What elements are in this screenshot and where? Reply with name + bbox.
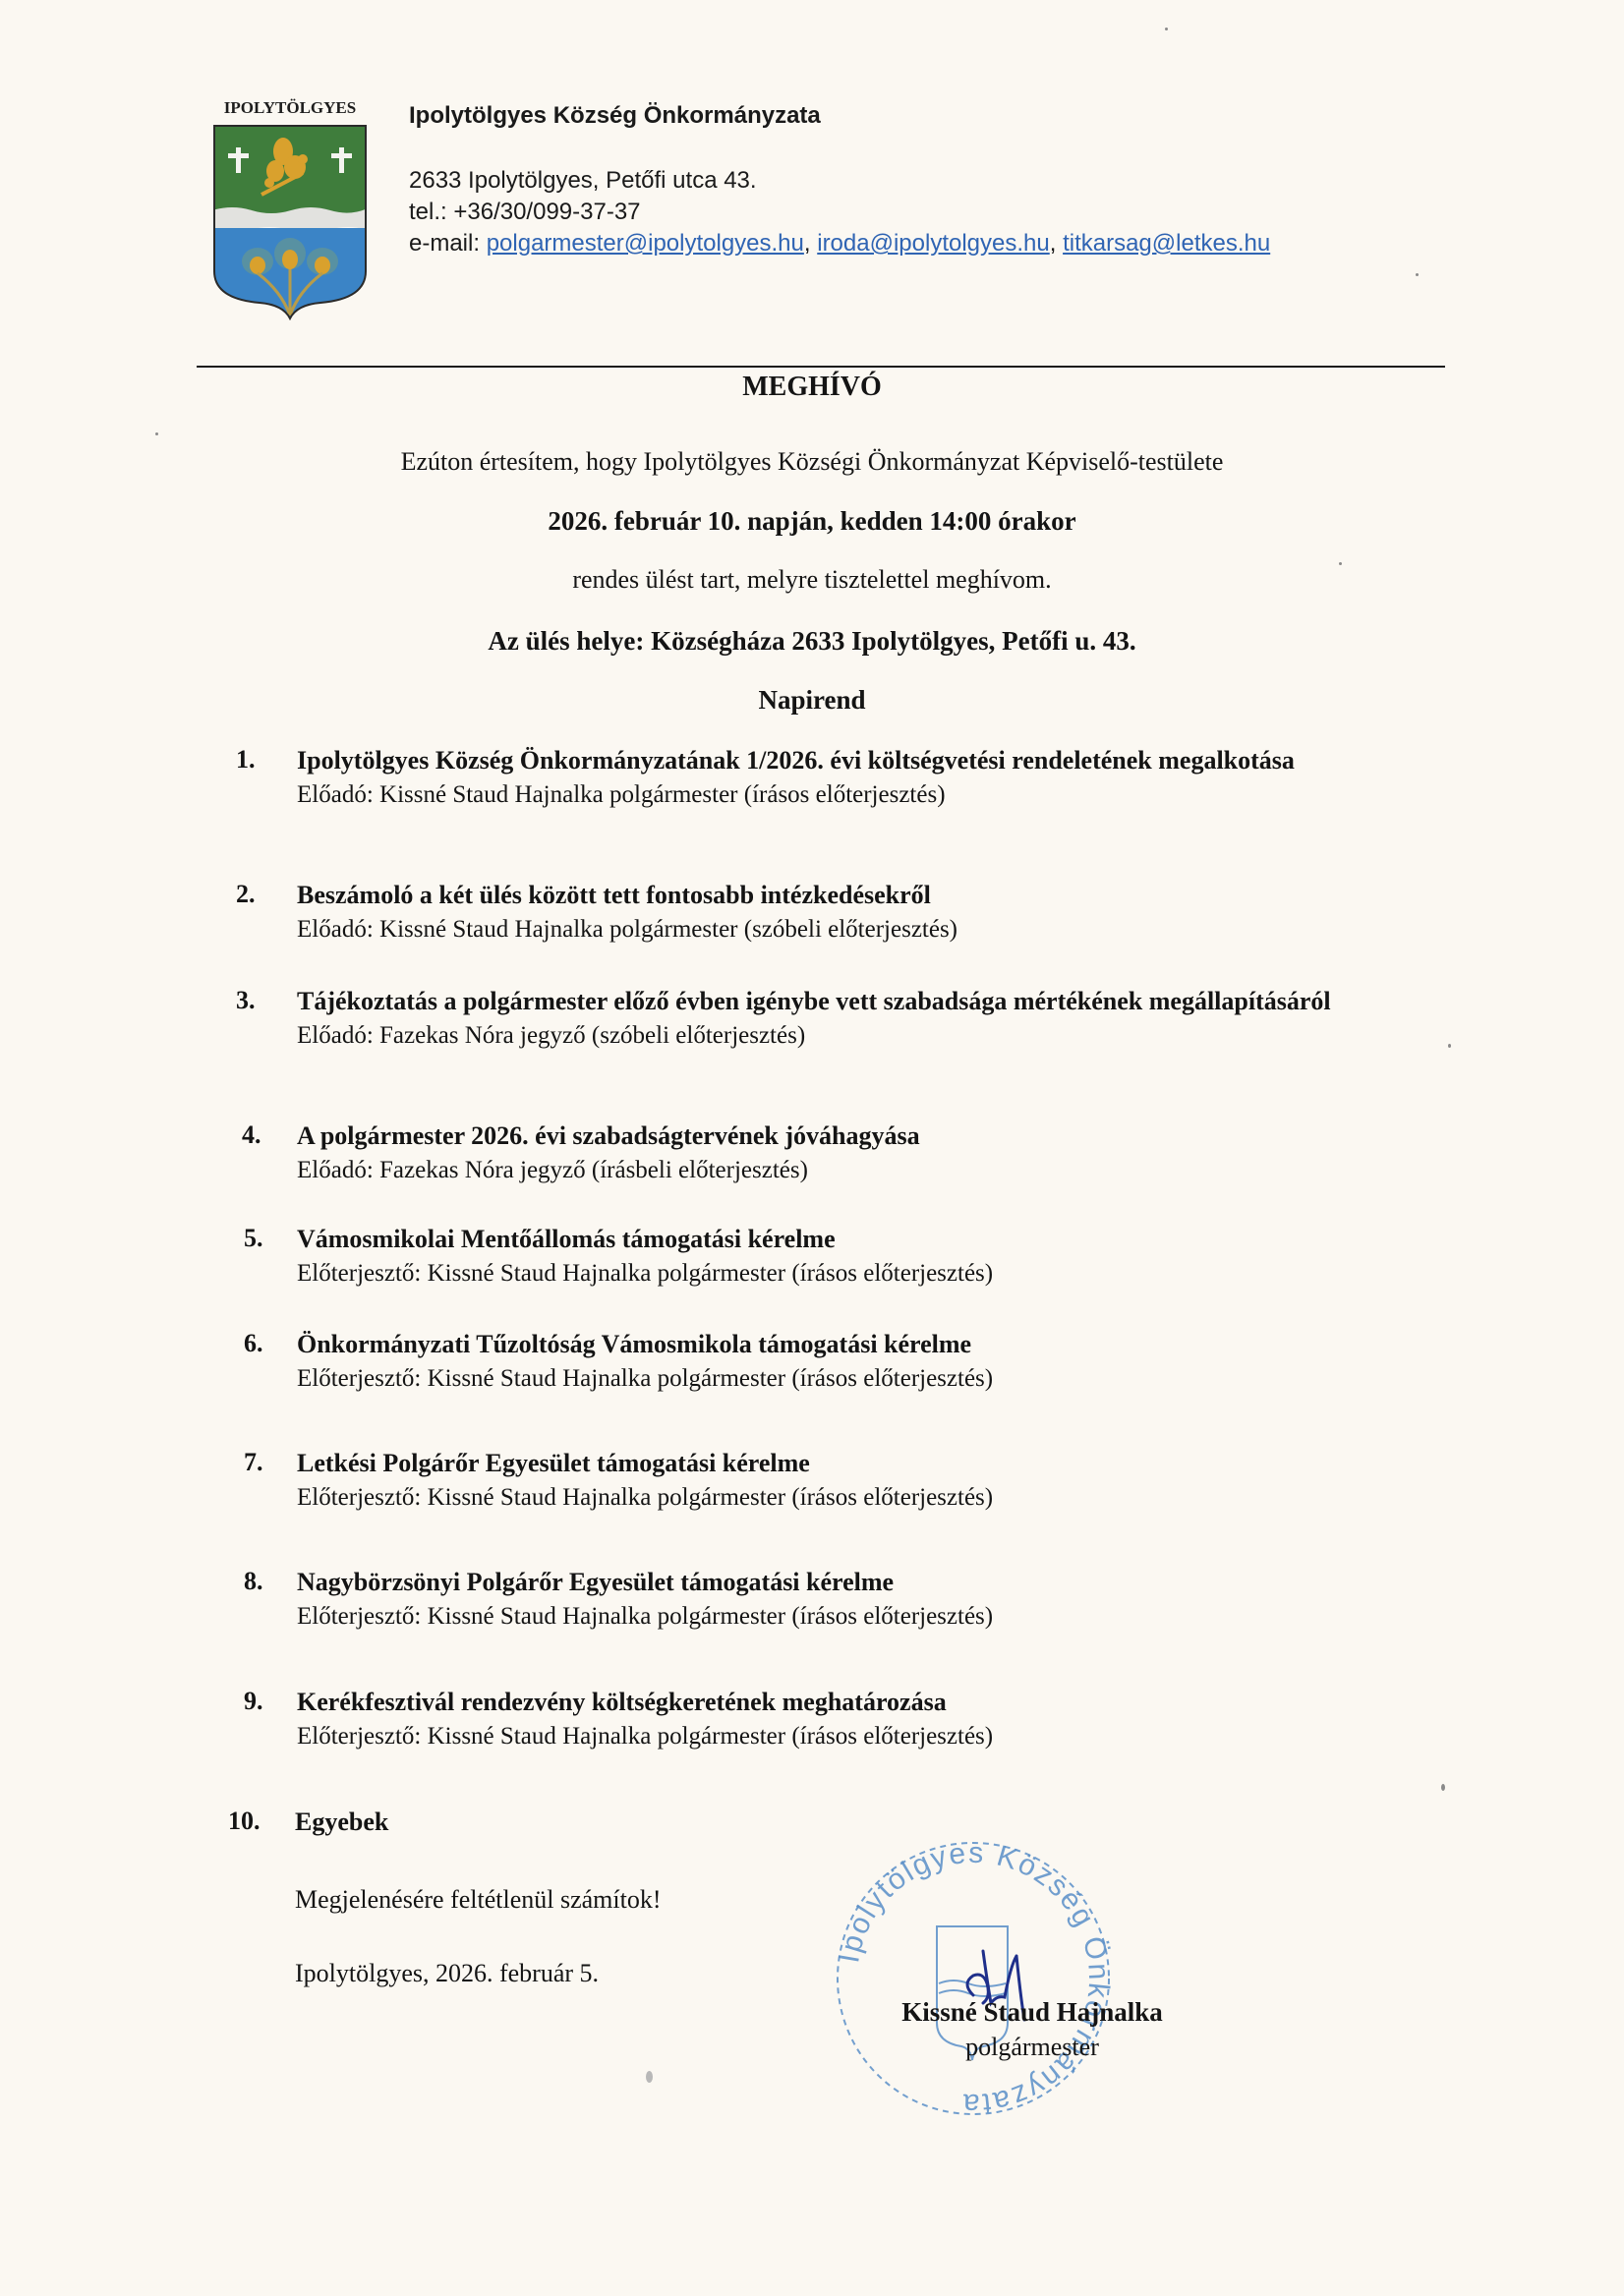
email-link-office[interactable]: iroda@ipolytolgyes.hu [817,230,1050,257]
agenda-item-number: 5. [244,1224,263,1253]
agenda-item-number: 1. [236,745,256,775]
organization-phone: tel.: +36/30/099-37-37 [409,197,1270,228]
agenda-item: 5. Vámosmikolai Mentőállomás támogatási … [244,1224,1451,1292]
logo-caption: IPOLYTÖLGYES [210,98,370,118]
organization-address: 2633 Ipolytölgyes, Petőfi utca 43. [409,165,1270,197]
agenda-item-presenter: Előterjesztő: Kissné Staud Hajnalka polg… [297,1598,1451,1636]
agenda-item: 1. Ipolytölgyes Község Önkormányzatának … [236,745,1443,814]
invitation-page: IPOLYTÖLGYES [0,0,1624,2296]
agenda-item: 8. Nagybörzsönyi Polgárőr Egyesület támo… [244,1567,1451,1636]
agenda-item: 6. Önkormányzati Tűzoltóság Vámosmikola … [244,1329,1451,1398]
header-divider [197,366,1445,368]
agenda-item-title: Vámosmikolai Mentőállomás támogatási kér… [297,1224,1451,1255]
agenda-item: 7. Letkési Polgárőr Egyesület támogatási… [244,1448,1451,1517]
coat-of-arms-icon [212,124,368,320]
agenda-item-title: Nagybörzsönyi Polgárőr Egyesület támogat… [297,1567,1451,1598]
email-link-secretariat[interactable]: titkarsag@letkes.hu [1063,230,1270,257]
agenda-item: 4. A polgármester 2026. évi szabadságter… [242,1120,1449,1189]
email-link-mayor[interactable]: polgarmester@ipolytolgyes.hu [487,230,804,257]
meeting-venue: Az ülés helye: Községháza 2633 Ipolytölg… [0,626,1624,657]
agenda-item: 2. Beszámoló a két ülés között tett font… [236,880,1443,948]
agenda-item-number: 6. [244,1329,263,1358]
agenda-item-title: Letkési Polgárőr Egyesület támogatási ké… [297,1448,1451,1479]
document-title: MEGHÍVÓ [0,372,1624,403]
agenda-item-number: 2. [236,880,256,909]
email-separator: , [804,230,817,257]
agenda-item-number: 7. [244,1448,263,1477]
agenda-item: 3. Tájékoztatás a polgármester előző évb… [236,986,1443,1055]
agenda-item-number: 8. [244,1567,263,1596]
agenda-item-number: 9. [244,1687,263,1716]
organization-emails: e-mail: polgarmester@ipolytolgyes.hu, ir… [409,228,1270,259]
agenda-item-title: Önkormányzati Tűzoltóság Vámosmikola tám… [297,1329,1451,1360]
agenda-item-title: Egyebek [295,1807,1435,1838]
agenda-item-number: 3. [236,986,256,1015]
agenda-item-number: 10. [228,1807,261,1836]
agenda-item-presenter: Előterjesztő: Kissné Staud Hajnalka polg… [297,1360,1451,1398]
agenda-item-presenter: Előterjesztő: Kissné Staud Hajnalka polg… [297,1479,1451,1517]
agenda-item: 10. Egyebek [228,1807,1435,1838]
email-label: e-mail: [409,230,487,257]
agenda-item-presenter: Előadó: Kissné Staud Hajnalka polgármest… [297,911,1443,948]
signatory-role: polgármester [875,2033,1189,2062]
place-and-date: Ipolytölgyes, 2026. február 5. [295,1959,599,1988]
email-separator: , [1050,230,1063,257]
agenda-item-presenter: Előterjesztő: Kissné Staud Hajnalka polg… [297,1255,1451,1292]
intro-text: Ezúton értesítem, hogy Ipolytölgyes Közs… [0,447,1624,477]
session-text: rendes ülést tart, melyre tisztelettel m… [0,565,1624,595]
agenda-item-presenter: Előterjesztő: Kissné Staud Hajnalka polg… [297,1718,1451,1755]
agenda-item: 9. Kerékfesztivál rendezvény költségkere… [244,1687,1451,1755]
municipal-logo: IPOLYTÖLGYES [210,98,370,320]
agenda-item-title: Tájékoztatás a polgármester előző évben … [297,986,1443,1017]
agenda-item-title: Beszámoló a két ülés között tett fontosa… [297,880,1443,911]
organization-name: Ipolytölgyes Község Önkormányzata [409,102,1270,130]
agenda-heading: Napirend [0,685,1624,716]
meeting-date: 2026. február 10. napján, kedden 14:00 ó… [0,506,1624,537]
agenda-item-presenter: Előadó: Kissné Staud Hajnalka polgármest… [297,776,1443,814]
agenda-item-title: A polgármester 2026. évi szabadságtervén… [297,1120,1449,1152]
agenda-item-title: Kerékfesztivál rendezvény költségkeretén… [297,1687,1451,1718]
agenda-item-presenter: Előadó: Fazekas Nóra jegyző (írásbeli el… [297,1152,1449,1189]
agenda-item-title: Ipolytölgyes Község Önkormányzatának 1/2… [297,745,1443,776]
closing-remark: Megjelenésére feltétlenül számítok! [295,1885,662,1915]
agenda-item-presenter: Előadó: Fazekas Nóra jegyző (szóbeli elő… [297,1017,1443,1055]
organization-info: Ipolytölgyes Község Önkormányzata 2633 I… [409,102,1270,259]
signatory-name: Kissné Staud Hajnalka [875,1997,1189,2028]
agenda-item-number: 4. [242,1120,261,1150]
